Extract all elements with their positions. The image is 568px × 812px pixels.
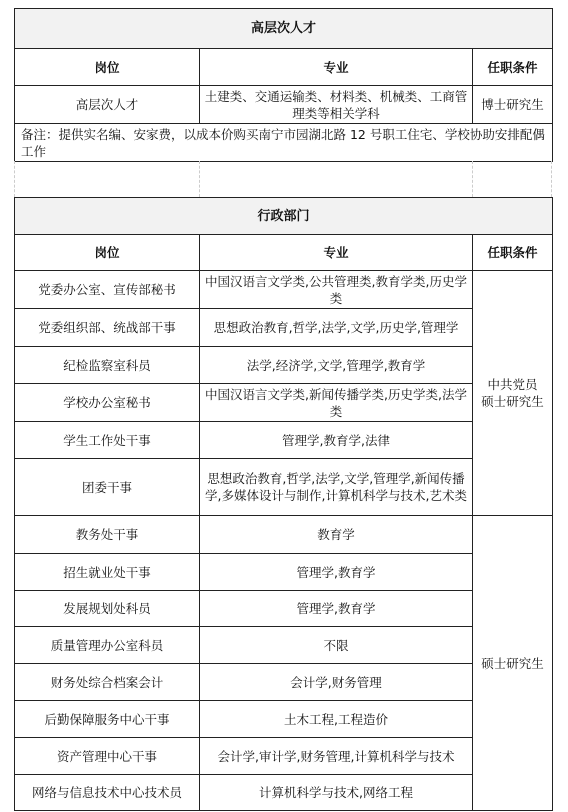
cell-major: 管理学,教育学 [200,591,473,627]
cell-major: 管理学,教育学,法律 [200,422,473,459]
header-position: 岗位 [15,235,200,271]
cell-major: 计算机科学与技术,网络工程 [200,775,473,811]
table-row: 高层次人才 土建类、交通运输类、材料类、机械类、工商管理类等相关学科 博士研究生 [15,86,553,124]
table-row: 党委办公室、宣传部秘书 中国汉语言文学类,公共管理类,教育学类,历史学类 中共党… [15,271,553,309]
cell-position: 学校办公室秘书 [15,384,200,422]
spacer-gap [14,161,552,197]
cell-position: 纪检监察室科员 [15,347,200,384]
note: 备注：提供实名编、安家费，以成本价购买南宁市园湖北路 12 号职工住宅、学校协助… [15,124,553,162]
cell-position: 招生就业处干事 [15,554,200,591]
header-major: 专业 [200,235,473,271]
high-level-talent-table: 高层次人才 岗位 专业 任职条件 高层次人才 土建类、交通运输类、材料类、机械类… [14,8,553,162]
header-requirement: 任职条件 [473,49,553,86]
cell-position: 团委干事 [15,459,200,516]
cell-major: 不限 [200,627,473,664]
cell-major: 中国汉语言文学类,新闻传播学类,历史学类,法学类 [200,384,473,422]
cell-major: 会计学,财务管理 [200,664,473,701]
cell-position: 高层次人才 [15,86,200,124]
cell-position: 资产管理中心干事 [15,738,200,775]
header-requirement: 任职条件 [473,235,553,271]
table-title: 高层次人才 [15,9,553,49]
cell-major: 思想政治教育,哲学,法学,文学,管理学,新闻传播学,多媒体设计与制作,计算机科学… [200,459,473,516]
cell-position: 网络与信息技术中心技术员 [15,775,200,811]
cell-position: 学生工作处干事 [15,422,200,459]
cell-requirement-group1: 中共党员 硕士研究生 [473,271,553,516]
cell-major: 教育学 [200,516,473,554]
cell-position: 后勤保障服务中心干事 [15,701,200,738]
cell-requirement-group2: 硕士研究生 [473,516,553,811]
cell-position: 发展规划处科员 [15,591,200,627]
cell-major: 中国汉语言文学类,公共管理类,教育学类,历史学类 [200,271,473,309]
cell-major: 思想政治教育,哲学,法学,文学,历史学,管理学 [200,309,473,347]
header-position: 岗位 [15,49,200,86]
cell-major: 会计学,审计学,财务管理,计算机科学与技术 [200,738,473,775]
cell-major: 土木工程,工程造价 [200,701,473,738]
header-major: 专业 [200,49,473,86]
cell-major: 法学,经济学,文学,管理学,教育学 [200,347,473,384]
cell-position: 质量管理办公室科员 [15,627,200,664]
cell-major: 管理学,教育学 [200,554,473,591]
cell-major: 土建类、交通运输类、材料类、机械类、工商管理类等相关学科 [200,86,473,124]
cell-position: 党委组织部、统战部干事 [15,309,200,347]
cell-position: 党委办公室、宣传部秘书 [15,271,200,309]
cell-position: 教务处干事 [15,516,200,554]
table-title: 行政部门 [15,198,553,235]
admin-department-table: 行政部门 岗位 专业 任职条件 党委办公室、宣传部秘书 中国汉语言文学类,公共管… [14,197,553,811]
cell-position: 财务处综合档案会计 [15,664,200,701]
cell-requirement: 博士研究生 [473,86,553,124]
